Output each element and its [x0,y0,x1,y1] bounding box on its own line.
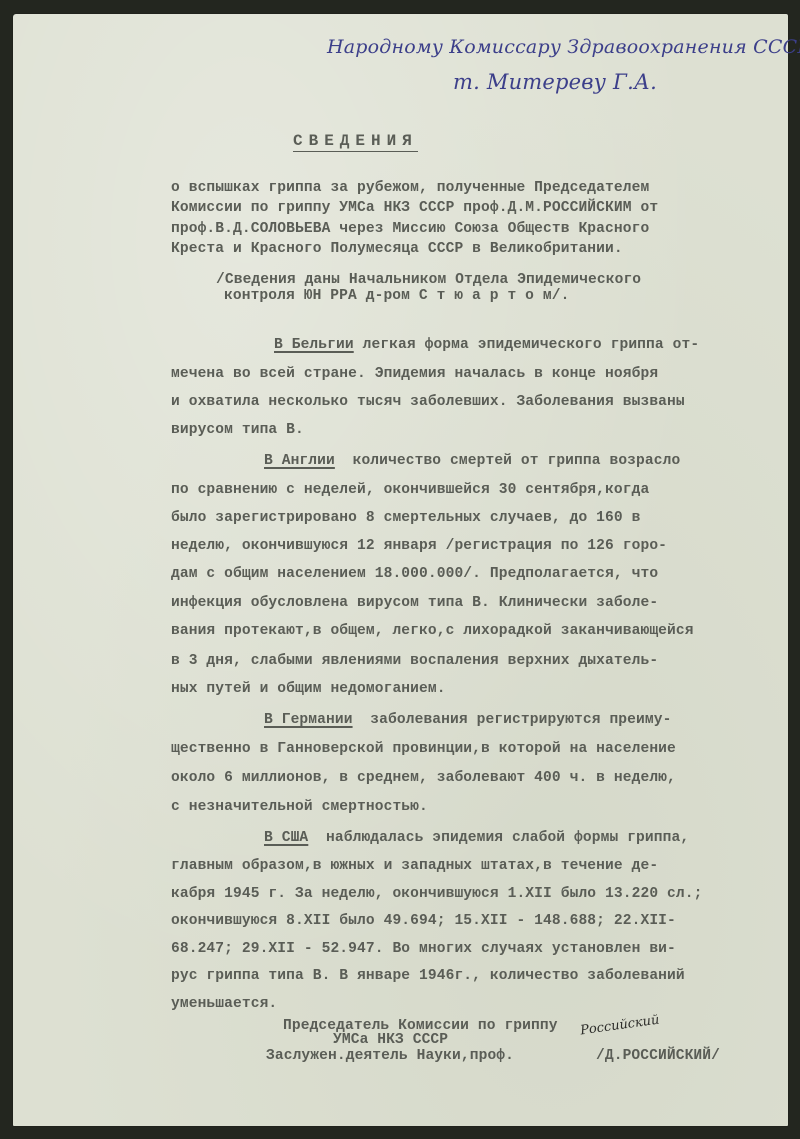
section-line: и охватила несколько тысяч заболевших. З… [171,394,685,410]
scan-background: Народному Комиссару Здравоохранения СССР… [0,0,800,1139]
subtitle-line: проф.В.Д.СОЛОВЬЕВА через Миссию Союза Об… [171,221,649,237]
section-line: уменьшается. [171,996,277,1012]
handwritten-addressee-line-2: т. Митереву Г.А. [453,70,657,94]
section-line: инфекция обусловлена вирусом типа В. Кли… [171,595,658,611]
section-line: вирусом типа В. [171,422,304,438]
section-line: наблюдалась эпидемия слабой формы гриппа… [308,830,689,846]
section-germany-first-line: В Германии заболевания регистрируются пр… [264,712,671,728]
section-line: щественно в Ганноверской провинции,в кот… [171,741,676,757]
subtitle-line: о вспышках гриппа за рубежом, полученные… [171,180,649,196]
source-note-line: /Сведения даны Начальником Отдела Эпидем… [216,272,641,288]
signature-typed-name: /Д.РОССИЙСКИЙ/ [596,1048,720,1064]
country-heading-england: В Англии [264,453,335,469]
subtitle-line: Комиссии по гриппу УМСа НКЗ СССР проф.Д.… [171,200,658,216]
section-line: неделю, окончившуюся 12 января /регистра… [171,538,667,554]
section-line: главным образом,в южных и западных штата… [171,858,658,874]
handwritten-addressee-line-1: Народному Комиссару Здравоохранения СССР [327,36,800,58]
section-line: ных путей и общим недомоганием. [171,681,446,697]
section-line: рус гриппа типа В. В январе 1946г., коли… [171,968,685,984]
section-line: было зарегистрировано 8 смертельных случ… [171,510,640,526]
section-line: с незначительной смертностью. [171,799,428,815]
country-heading-germany: В Германии [264,712,353,728]
section-line: 68.247; 29.XII - 52.947. Во многих случа… [171,941,676,957]
section-belgium-first-line: В Бельгии легкая форма эпидемического гр… [274,337,699,353]
section-line: окончившуюся 8.XII было 49.694; 15.XII -… [171,913,676,929]
section-line: вания протекают,в общем, легко,с лихорад… [171,623,694,639]
source-note-line: контроля ЮН РРА д-ром С т ю а р т о м/. [224,288,569,304]
section-line: около 6 миллионов, в среднем, заболевают… [171,770,676,786]
section-line: количество смертей от гриппа возрасло [335,453,680,469]
section-line: по сравнению с неделей, окончившейся 30 … [171,482,649,498]
section-line: в 3 дня, слабыми явлениями воспаления ве… [171,653,658,669]
country-heading-belgium: В Бельгии [274,337,354,353]
section-line: мечена во всей стране. Эпидемия началась… [171,366,658,382]
subtitle-line: Креста и Красного Полумесяца СССР в Вели… [171,241,623,257]
section-line: легкая форма эпидемического гриппа от- [354,337,699,353]
country-heading-usa: В США [264,830,308,846]
signature-organization-line: УМСа НКЗ СССР [333,1032,448,1048]
section-england-first-line: В Англии количество смертей от гриппа во… [264,453,680,469]
section-usa-first-line: В США наблюдалась эпидемия слабой формы … [264,830,689,846]
signature-title-line: Заслужен.деятель Науки,проф. [266,1048,514,1064]
section-line: дам с общим населением 18.000.000/. Пред… [171,566,658,582]
section-line: заболевания регистрируются преиму- [353,712,672,728]
section-line: кабря 1945 г. За неделю, окончившуюся 1.… [171,886,702,902]
document-title: СВЕДЕНИЯ [293,132,418,152]
